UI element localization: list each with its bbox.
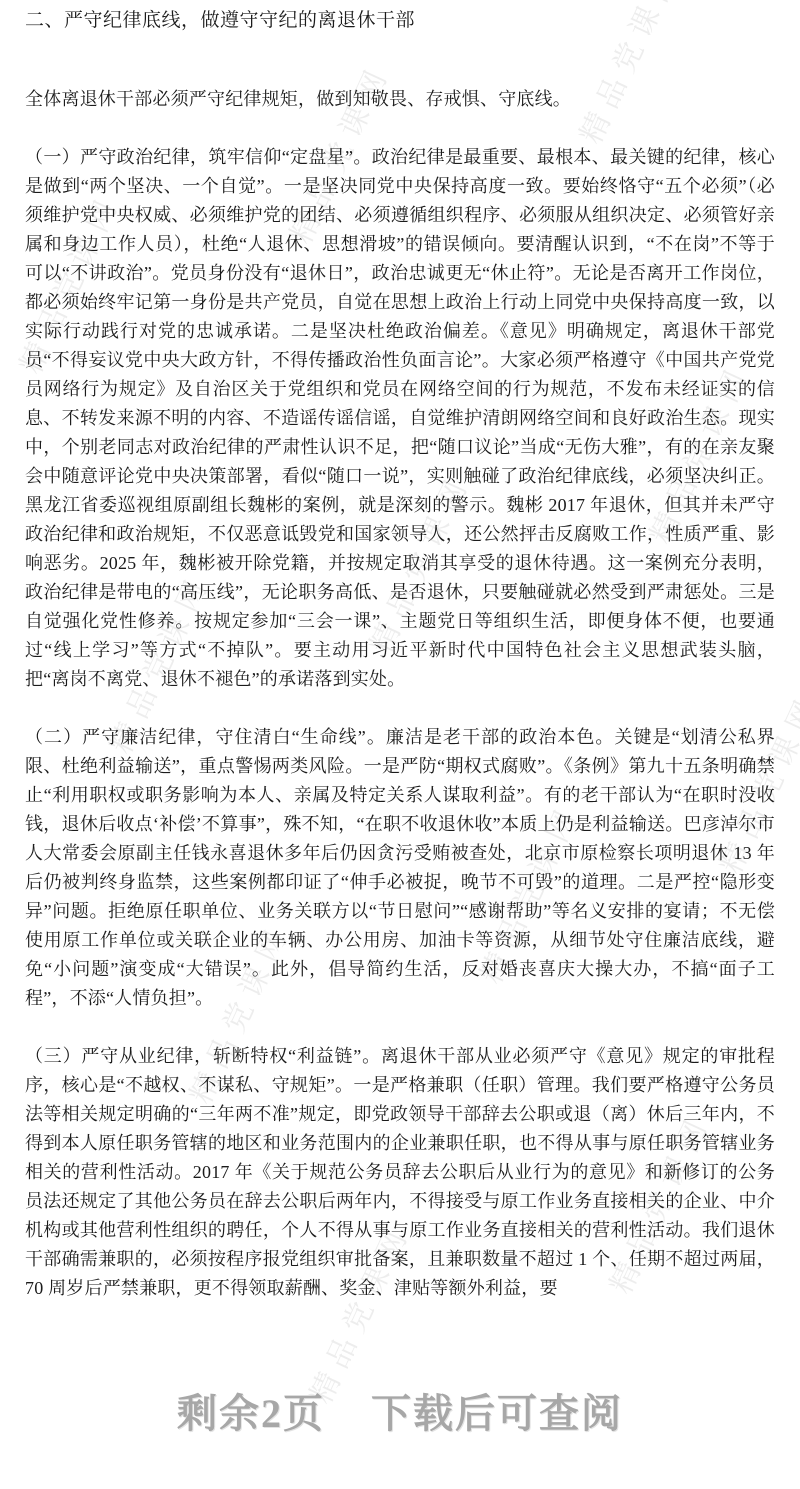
remaining-pages-label: 剩余2页 — [177, 1382, 325, 1439]
download-hint-label: 下载后可查阅 — [371, 1382, 623, 1439]
page-footer: 剩余2页 下载后可查阅 — [0, 1382, 800, 1439]
document-title: 二、严守纪律底线，做遵守守纪的离退休干部 — [25, 6, 775, 35]
paragraph-employment-discipline: （三）严守从业纪律，斩断特权“利益链”。离退休干部从业必须严守《意见》规定的审批… — [25, 1042, 775, 1303]
paragraph-political-discipline: （一）严守政治纪律，筑牢信仰“定盘星”。政治纪律是最重要、最根本、最关键的纪律，… — [25, 143, 775, 694]
document-page: 二、严守纪律底线，做遵守守纪的离退休干部 全体离退休干部必须严守纪律规矩，做到知… — [0, 0, 800, 1303]
paragraph-integrity-discipline: （二）严守廉洁纪律，守住清白“生命线”。廉洁是老干部的政治本色。关键是“划清公私… — [25, 723, 775, 1013]
paragraph-intro: 全体离退休干部必须严守纪律规矩，做到知敬畏、存戒惧、守底线。 — [25, 85, 775, 114]
